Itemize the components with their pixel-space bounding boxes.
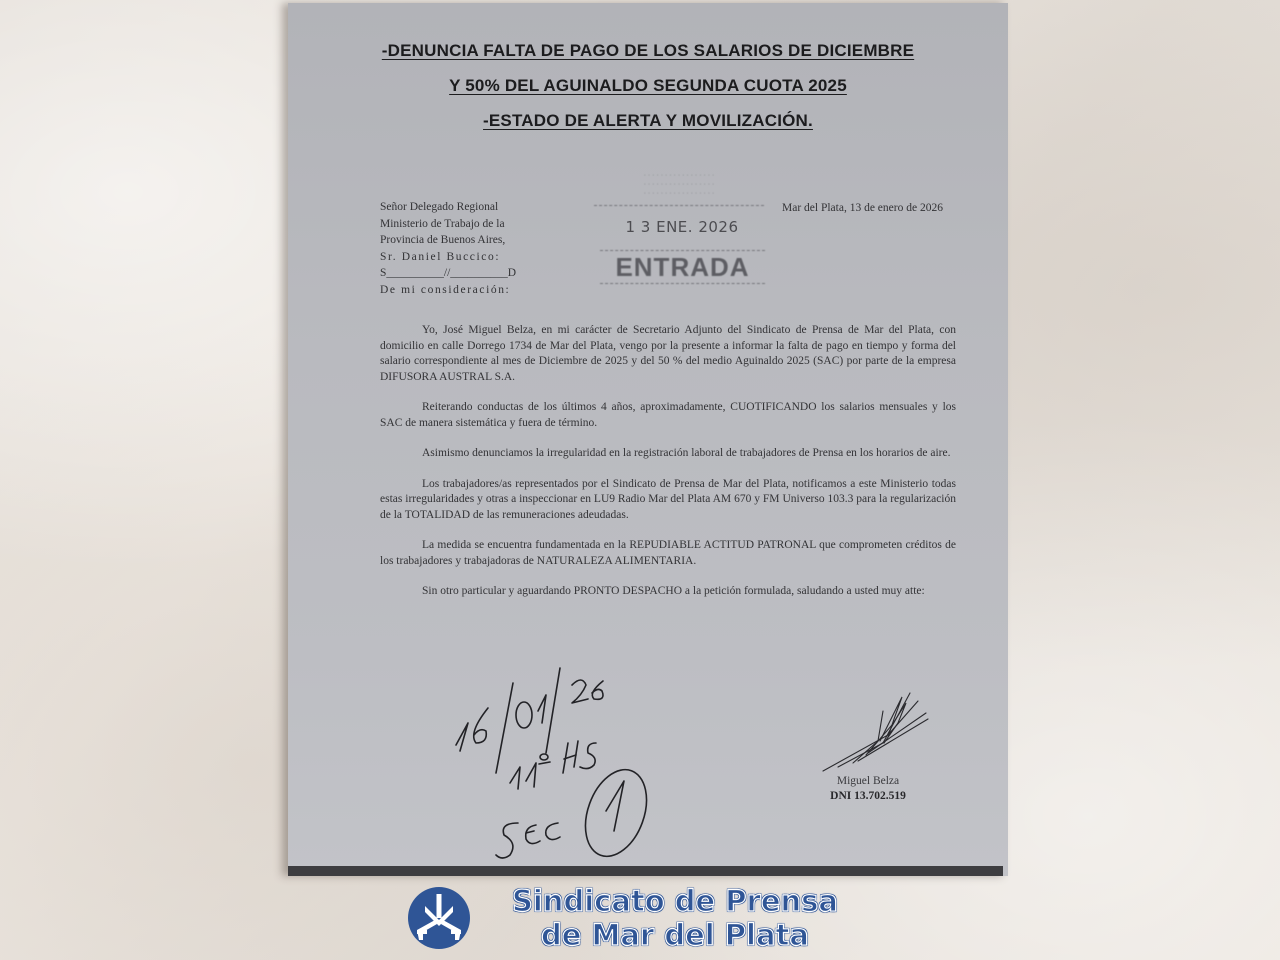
recipient-line-2: Ministerio de Trabajo de la (380, 216, 520, 233)
entry-stamp: · · · · · · · · · · · · · · · · · · · · … (592, 165, 772, 290)
recipient-line-3: Provincia de Buenos Aires, (380, 232, 520, 249)
stamp-header: · · · · · · · · · · · · · · · · · · · · … (594, 171, 764, 206)
title-line-2: Y 50% DEL AGUINALDO SEGUNDA CUOTA 2025 (449, 76, 847, 95)
recipient-line-6: De mi consideración: (380, 282, 520, 299)
union-name-line-2: de Mar del Plata (480, 918, 870, 952)
title-line-3: -ESTADO DE ALERTA Y MOVILIZACIÓN. (483, 111, 813, 130)
recipient-line-4: Sr. Daniel Buccico: (380, 249, 520, 266)
paper-edge-shadow (288, 866, 1003, 876)
paragraph-6: Sin otro particular y aguardando PRONTO … (380, 584, 956, 600)
paragraph-1: Yo, José Miguel Belza, en mi carácter de… (380, 323, 956, 385)
signature-scribble-icon (818, 683, 938, 778)
recipient-line-1: Señor Delegado Regional (380, 199, 520, 216)
title-line-1: -DENUNCIA FALTA DE PAGO DE LOS SALARIOS … (382, 41, 914, 60)
place-date: Mar del Plata, 13 de enero de 2026 (782, 202, 943, 214)
letter-body: Yo, José Miguel Belza, en mi carácter de… (380, 323, 956, 615)
union-logo-icon (407, 886, 471, 950)
union-name: Sindicato de Prensa de Mar del Plata (480, 884, 870, 952)
recipient-block: Señor Delegado Regional Ministerio de Tr… (380, 199, 520, 298)
stamp-date: 1 3 ENE. 2026 (592, 218, 772, 236)
signer-name: Miguel Belza (818, 775, 918, 787)
document-paper: -DENUNCIA FALTA DE PAGO DE LOS SALARIOS … (288, 3, 1008, 876)
paragraph-4: Los trabajadores/as representados por el… (380, 477, 956, 524)
recipient-line-5: S__________//__________D (380, 265, 520, 282)
document-title: -DENUNCIA FALTA DE PAGO DE LOS SALARIOS … (288, 41, 1008, 146)
handwritten-receipt-note (438, 663, 688, 878)
signature-block: Miguel Belza DNI 13.702.519 (818, 683, 938, 813)
paragraph-5: La medida se encuentra fundamentada en l… (380, 538, 956, 569)
signer-dni: DNI 13.702.519 (818, 790, 918, 802)
union-name-line-1: Sindicato de Prensa (480, 884, 870, 918)
paragraph-3: Asimismo denunciamos la irregularidad en… (380, 446, 956, 462)
paragraph-2: Reiterando conductas de los últimos 4 añ… (380, 400, 956, 431)
handwriting-icon (438, 663, 688, 878)
stamp-label: ENTRADA (600, 250, 765, 284)
